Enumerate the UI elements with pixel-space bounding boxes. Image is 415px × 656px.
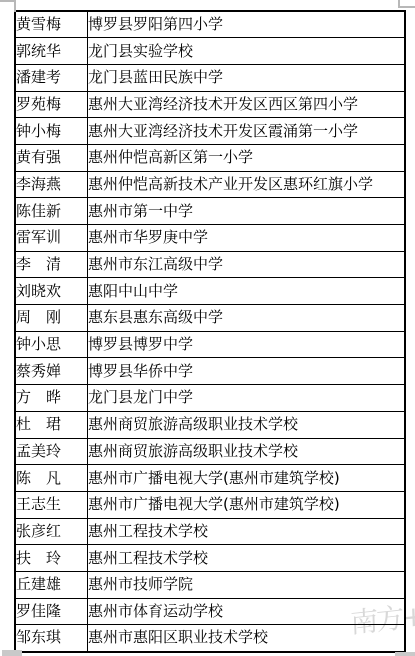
table-row: 黄雪梅 博罗县罗阳第四小学 [15,11,405,38]
name-cell: 方 晔 [15,385,88,412]
table-row: 黄有强 惠州仲恺高新区第一小学 [15,144,405,171]
page-corner-mark-top-right [398,0,415,8]
table-row: 杜 珺 惠州商贸旅游高级职业技术学校 [15,411,405,438]
name-cell: 黄有强 [15,144,88,171]
school-cell: 惠州工程技术学校 [88,545,406,572]
name-cell: 杜 珺 [15,411,88,438]
name-cell: 周 刚 [15,305,88,332]
school-cell: 惠州仲恺高新区第一小学 [88,144,406,171]
school-cell: 惠阳中山中学 [88,278,406,305]
name-cell: 张彦红 [15,518,88,545]
school-cell: 惠州市体育运动学校 [88,598,406,625]
table-row: 王志生 惠州市广播电视大学(惠州市建筑学校) [15,491,405,518]
name-cell: 雷军训 [15,225,88,252]
table-row: 钟小梅 惠州大亚湾经济技术开发区霞涌第一小学 [15,118,405,145]
table-row: 罗苑梅 惠州大亚湾经济技术开发区西区第四小学 [15,91,405,118]
document-page: 南方+ 黄雪梅 博罗县罗阳第四小学 郭统华 龙门县实验学校 潘建考 龙门县蓝田民… [0,0,415,656]
table-row: 丘建雄 惠州市技师学院 [15,571,405,598]
table-row: 蔡秀婵 博罗县华侨中学 [15,358,405,385]
name-cell: 罗苑梅 [15,91,88,118]
table-row: 钟小思 博罗县博罗中学 [15,331,405,358]
school-cell: 惠州市华罗庚中学 [88,225,406,252]
school-cell: 惠州大亚湾经济技术开发区西区第四小学 [88,91,406,118]
school-cell: 龙门县蓝田民族中学 [88,64,406,91]
table-row: 孟美玲 惠州商贸旅游高级职业技术学校 [15,438,405,465]
table-row: 张彦红 惠州工程技术学校 [15,518,405,545]
table-row: 李海燕 惠州仲恺高新技术产业开发区惠环红旗小学 [15,171,405,198]
school-cell: 龙门县实验学校 [88,38,406,65]
page-corner-mark-top-left [0,0,16,12]
school-cell: 惠州市广播电视大学(惠州市建筑学校) [88,465,406,492]
name-cell: 刘晓欢 [15,278,88,305]
name-cell: 丘建雄 [15,571,88,598]
school-cell: 惠州市东江高级中学 [88,251,406,278]
school-cell: 惠东县惠东高级中学 [88,305,406,332]
name-cell: 扶 玲 [15,545,88,572]
name-cell: 黄雪梅 [15,11,88,38]
school-cell: 惠州市广播电视大学(惠州市建筑学校) [88,491,406,518]
table-row: 陈 凡 惠州市广播电视大学(惠州市建筑学校) [15,465,405,492]
name-cell: 郭统华 [15,38,88,65]
name-cell: 蔡秀婵 [15,358,88,385]
school-cell: 惠州商贸旅游高级职业技术学校 [88,411,406,438]
name-cell: 陈 凡 [15,465,88,492]
page-artifact-bottom-right [395,652,415,656]
name-cell: 李海燕 [15,171,88,198]
table-row: 郭统华 龙门县实验学校 [15,38,405,65]
name-cell: 钟小思 [15,331,88,358]
table-row: 刘晓欢 惠阳中山中学 [15,278,405,305]
table-row: 潘建考 龙门县蓝田民族中学 [15,64,405,91]
school-cell: 博罗县罗阳第四小学 [88,11,406,38]
name-cell: 潘建考 [15,64,88,91]
school-cell: 惠州仲恺高新技术产业开发区惠环红旗小学 [88,171,406,198]
table-row: 雷军训 惠州市华罗庚中学 [15,225,405,252]
table-row: 扶 玲 惠州工程技术学校 [15,545,405,572]
name-cell: 王志生 [15,491,88,518]
name-cell: 邹东琪 [15,625,88,652]
school-cell: 博罗县华侨中学 [88,358,406,385]
school-cell: 惠州市技师学院 [88,571,406,598]
name-cell: 李 清 [15,251,88,278]
school-cell: 博罗县博罗中学 [88,331,406,358]
school-cell: 惠州市第一中学 [88,198,406,225]
school-cell: 惠州大亚湾经济技术开发区霞涌第一小学 [88,118,406,145]
school-cell: 惠州工程技术学校 [88,518,406,545]
table-row: 邹东琪 惠州市惠阳区职业技术学校 [15,625,405,652]
name-school-table: 黄雪梅 博罗县罗阳第四小学 郭统华 龙门县实验学校 潘建考 龙门县蓝田民族中学 … [14,10,406,653]
name-cell: 孟美玲 [15,438,88,465]
table-row: 陈佳新 惠州市第一中学 [15,198,405,225]
school-cell: 惠州市惠阳区职业技术学校 [88,625,406,652]
table-row: 方 晔 龙门县龙门中学 [15,385,405,412]
table-row: 罗佳隆 惠州市体育运动学校 [15,598,405,625]
school-cell: 惠州商贸旅游高级职业技术学校 [88,438,406,465]
table-row: 李 清 惠州市东江高级中学 [15,251,405,278]
name-cell: 陈佳新 [15,198,88,225]
name-cell: 罗佳隆 [15,598,88,625]
table-body: 黄雪梅 博罗县罗阳第四小学 郭统华 龙门县实验学校 潘建考 龙门县蓝田民族中学 … [15,11,405,652]
school-cell: 龙门县龙门中学 [88,385,406,412]
name-cell: 钟小梅 [15,118,88,145]
page-artifact-bottom-left [2,650,22,656]
table-row: 周 刚 惠东县惠东高级中学 [15,305,405,332]
